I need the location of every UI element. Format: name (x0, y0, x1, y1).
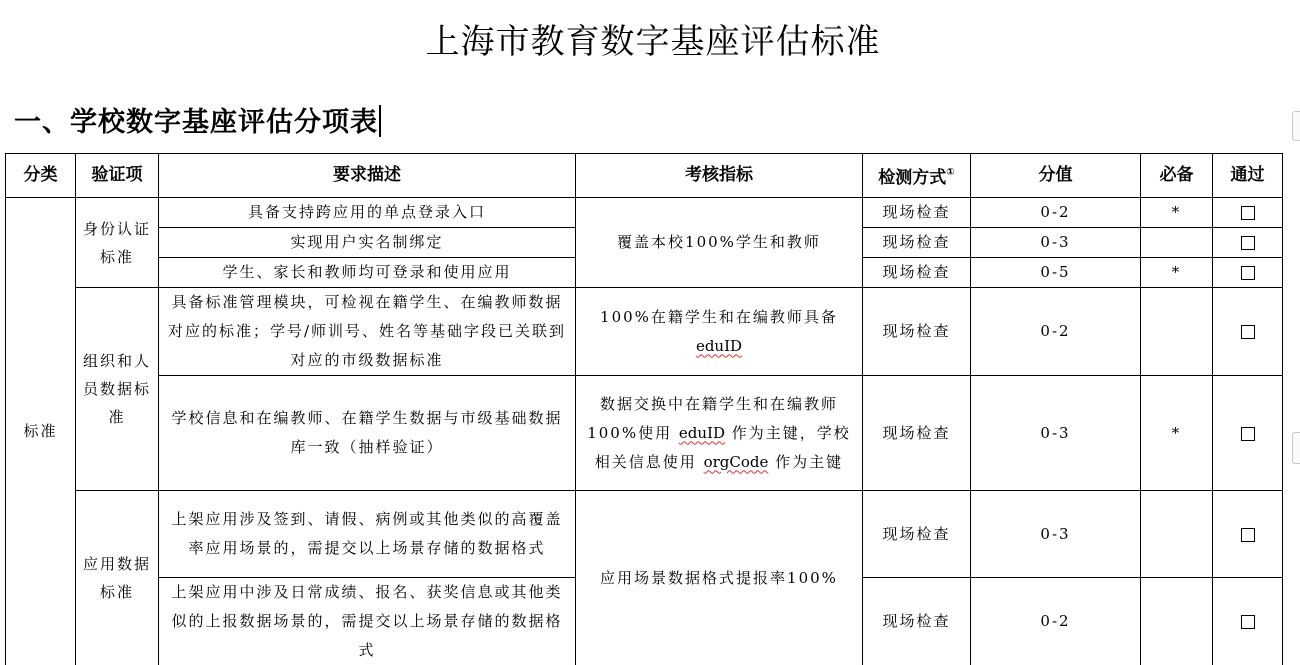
score-cell: 0-3 (971, 376, 1141, 491)
required-cell (1141, 578, 1213, 665)
score-cell: 0-3 (971, 491, 1141, 578)
requirement-cell: 学校信息和在编教师、在籍学生数据与市级基础数据库一致（抽样验证） (159, 376, 576, 491)
pass-checkbox[interactable] (1241, 325, 1255, 339)
pass-cell (1213, 376, 1283, 491)
table-row: 学校信息和在编教师、在籍学生数据与市级基础数据库一致（抽样验证） 数据交换中在籍… (6, 376, 1283, 491)
indicator-cell: 100%在籍学生和在编教师具备eduID (576, 288, 863, 376)
spellcheck-word-orgcode: orgCode (704, 453, 769, 471)
method-cell: 现场检查 (863, 491, 971, 578)
header-indicator: 考核指标 (576, 154, 863, 198)
requirement-cell: 具备支持跨应用的单点登录入口 (159, 198, 576, 228)
table-row: 组织和人员数据标准 具备标准管理模块，可检视在籍学生、在编教师数据对应的标准；学… (6, 288, 1283, 376)
table-row: 应用数据标准 上架应用涉及签到、请假、病例或其他类似的高覆盖率应用场景的，需提交… (6, 491, 1283, 578)
table-header-row: 分类 验证项 要求描述 考核指标 检测方式① 分值 必备 通过 (6, 154, 1283, 198)
score-cell: 0-2 (971, 198, 1141, 228)
required-cell (1141, 228, 1213, 258)
required-cell (1141, 288, 1213, 376)
score-cell: 0-2 (971, 288, 1141, 376)
requirement-cell: 学生、家长和教师均可登录和使用应用 (159, 258, 576, 288)
category-cell: 标准 (6, 198, 76, 665)
indicator-cell: 覆盖本校100%学生和教师 (576, 198, 863, 288)
header-method: 检测方式① (863, 154, 971, 198)
method-cell: 现场检查 (863, 198, 971, 228)
pass-checkbox[interactable] (1241, 615, 1255, 629)
score-cell: 0-3 (971, 228, 1141, 258)
evaluation-table: 分类 验证项 要求描述 考核指标 检测方式① 分值 必备 通过 标准 身份认证标… (5, 153, 1283, 665)
requirement-cell: 具备标准管理模块，可检视在籍学生、在编教师数据对应的标准；学号/师训号、姓名等基… (159, 288, 576, 376)
indicator-cell: 应用场景数据格式提报率100% (576, 491, 863, 665)
score-cell: 0-5 (971, 258, 1141, 288)
pass-cell (1213, 198, 1283, 228)
required-cell: * (1141, 376, 1213, 491)
method-cell: 现场检查 (863, 578, 971, 665)
pass-checkbox[interactable] (1241, 236, 1255, 250)
pass-cell (1213, 578, 1283, 665)
pass-checkbox[interactable] (1241, 427, 1255, 441)
header-required: 必备 (1141, 154, 1213, 198)
spellcheck-word-eduid: eduID (679, 424, 725, 442)
verification-item-cell: 应用数据标准 (76, 491, 159, 665)
method-cell: 现场检查 (863, 258, 971, 288)
method-cell: 现场检查 (863, 228, 971, 258)
pass-checkbox[interactable] (1241, 528, 1255, 542)
requirement-cell: 上架应用涉及签到、请假、病例或其他类似的高覆盖率应用场景的，需提交以上场景存储的… (159, 491, 576, 578)
verification-item-cell: 组织和人员数据标准 (76, 288, 159, 491)
requirement-cell: 实现用户实名制绑定 (159, 228, 576, 258)
section-heading[interactable]: 一、学校数字基座评估分项表 (14, 100, 381, 139)
header-pass: 通过 (1213, 154, 1283, 198)
table-row: 标准 身份认证标准 具备支持跨应用的单点登录入口 覆盖本校100%学生和教师 现… (6, 198, 1283, 228)
pass-cell (1213, 258, 1283, 288)
pass-checkbox[interactable] (1241, 206, 1255, 220)
indicator-cell: 数据交换中在籍学生和在编教师100%使用 eduID 作为主键，学校相关信息使用… (576, 376, 863, 491)
pass-cell (1213, 288, 1283, 376)
required-cell: * (1141, 198, 1213, 228)
header-verification-item: 验证项 (76, 154, 159, 198)
required-cell: * (1141, 258, 1213, 288)
text-cursor (379, 105, 381, 137)
document-title: 上海市教育数字基座评估标准 (0, 14, 1300, 63)
pass-cell (1213, 228, 1283, 258)
side-panel-handle-bottom[interactable] (1292, 432, 1300, 464)
spellcheck-word-eduid: eduID (696, 337, 742, 355)
verification-item-cell: 身份认证标准 (76, 198, 159, 288)
header-category: 分类 (6, 154, 76, 198)
method-cell: 现场检查 (863, 288, 971, 376)
required-cell (1141, 491, 1213, 578)
side-panel-handle-top[interactable] (1292, 111, 1300, 141)
header-requirement: 要求描述 (159, 154, 576, 198)
requirement-cell: 上架应用中涉及日常成绩、报名、获奖信息或其他类似的上报数据场景的，需提交以上场景… (159, 578, 576, 665)
pass-checkbox[interactable] (1241, 266, 1255, 280)
score-cell: 0-2 (971, 578, 1141, 665)
pass-cell (1213, 491, 1283, 578)
header-score: 分值 (971, 154, 1141, 198)
method-cell: 现场检查 (863, 376, 971, 491)
footnote-marker[interactable]: ① (946, 167, 954, 178)
